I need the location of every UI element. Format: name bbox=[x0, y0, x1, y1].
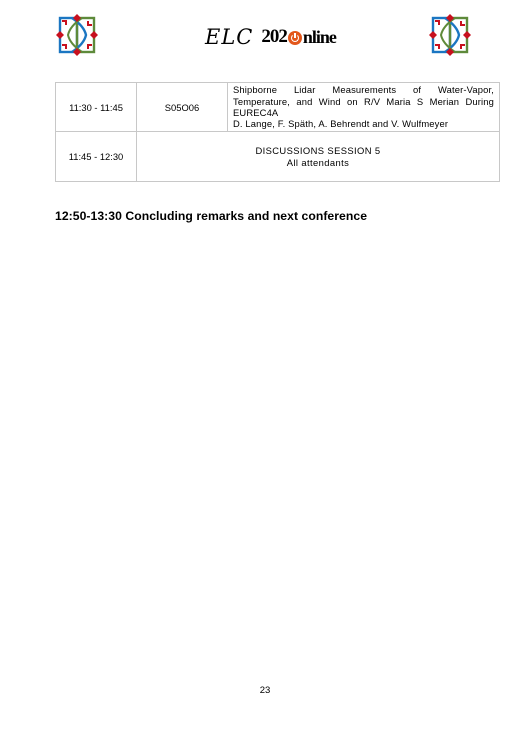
talk-title: Shipborne Lidar Measurements of Water-Va… bbox=[233, 84, 494, 118]
talk-cell: Shipborne Lidar Measurements of Water-Va… bbox=[228, 83, 500, 132]
table-row: 11:45 - 12:30 DISCUSSIONS SESSION 5 All … bbox=[56, 132, 500, 182]
elc-ornament-logo-right bbox=[429, 14, 471, 56]
title-online: nline bbox=[303, 27, 336, 48]
time-cell: 11:30 - 11:45 bbox=[56, 83, 137, 132]
code-cell: S05O06 bbox=[137, 83, 228, 132]
table-row: 11:30 - 11:45 S05O06 Shipborne Lidar Mea… bbox=[56, 83, 500, 132]
schedule-table: 11:30 - 11:45 S05O06 Shipborne Lidar Mea… bbox=[55, 82, 500, 182]
discussion-title: DISCUSSIONS SESSION 5 bbox=[138, 145, 498, 157]
conference-title: ELC 202 nline bbox=[205, 22, 336, 52]
discussion-cell: DISCUSSIONS SESSION 5 All attendants bbox=[137, 132, 500, 182]
talk-authors: D. Lange, F. Späth, A. Behrendt and V. W… bbox=[233, 118, 494, 129]
elc-ornament-logo-left bbox=[56, 14, 98, 56]
title-year: 202 bbox=[261, 26, 287, 48]
time-cell: 11:45 - 12:30 bbox=[56, 132, 137, 182]
concluding-heading: 12:50-13:30 Concluding remarks and next … bbox=[55, 209, 367, 223]
discussion-sub: All attendants bbox=[138, 157, 498, 169]
power-icon bbox=[288, 31, 302, 45]
title-elc: ELC bbox=[205, 25, 253, 49]
page-number: 23 bbox=[0, 685, 530, 696]
